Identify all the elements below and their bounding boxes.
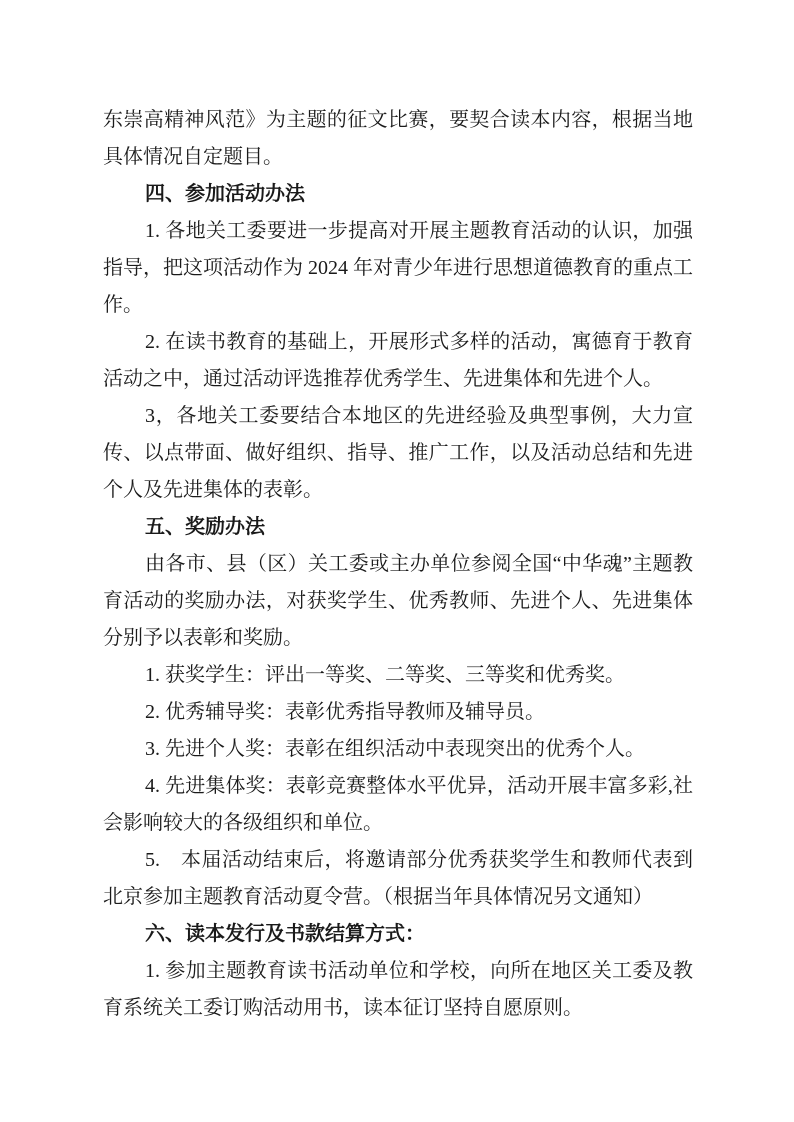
paragraph-continuation: 东崇高精神风范》为主题的征文比赛，要契合读本内容，根据当地具体情况自定题目。	[103, 102, 693, 176]
document-page: 东崇高精神风范》为主题的征文比赛，要契合读本内容，根据当地具体情况自定题目。 四…	[0, 0, 794, 1122]
section-heading-rewards: 五、奖励办法	[103, 509, 693, 546]
paragraph-rewards-2: 2. 优秀辅导奖：表彰优秀指导教师及辅导员。	[103, 694, 693, 731]
section-heading-distribution: 六、读本发行及书款结算方式：	[103, 916, 693, 953]
section-heading-participation: 四、参加活动办法	[103, 176, 693, 213]
paragraph-distribution-1: 1. 参加主题教育读书活动单位和学校，向所在地区关工委及教育系统关工委订购活动用…	[103, 953, 693, 1027]
paragraph-rewards-5: 5. 本届活动结束后，将邀请部分优秀获奖学生和教师代表到北京参加主题教育活动夏令…	[103, 842, 693, 916]
paragraph-rewards-intro: 由各市、县（区）关工委或主办单位参阅全国“中华魂”主题教育活动的奖励办法，对获奖…	[103, 546, 693, 657]
paragraph-participation-2: 2. 在读书教育的基础上，开展形式多样的活动，寓德育于教育活动之中，通过活动评选…	[103, 324, 693, 398]
paragraph-participation-3: 3，各地关工委要结合本地区的先进经验及典型事例，大力宣传、以点带面、做好组织、指…	[103, 398, 693, 509]
paragraph-participation-1: 1. 各地关工委要进一步提高对开展主题教育活动的认识，加强指导，把这项活动作为 …	[103, 213, 693, 324]
paragraph-rewards-4: 4. 先进集体奖：表彰竞赛整体水平优异，活动开展丰富多彩,社会影响较大的各级组织…	[103, 768, 693, 842]
document-body: 东崇高精神风范》为主题的征文比赛，要契合读本内容，根据当地具体情况自定题目。 四…	[103, 102, 693, 1027]
paragraph-rewards-1: 1. 获奖学生：评出一等奖、二等奖、三等奖和优秀奖。	[103, 657, 693, 694]
paragraph-rewards-3: 3. 先进个人奖：表彰在组织活动中表现突出的优秀个人。	[103, 731, 693, 768]
